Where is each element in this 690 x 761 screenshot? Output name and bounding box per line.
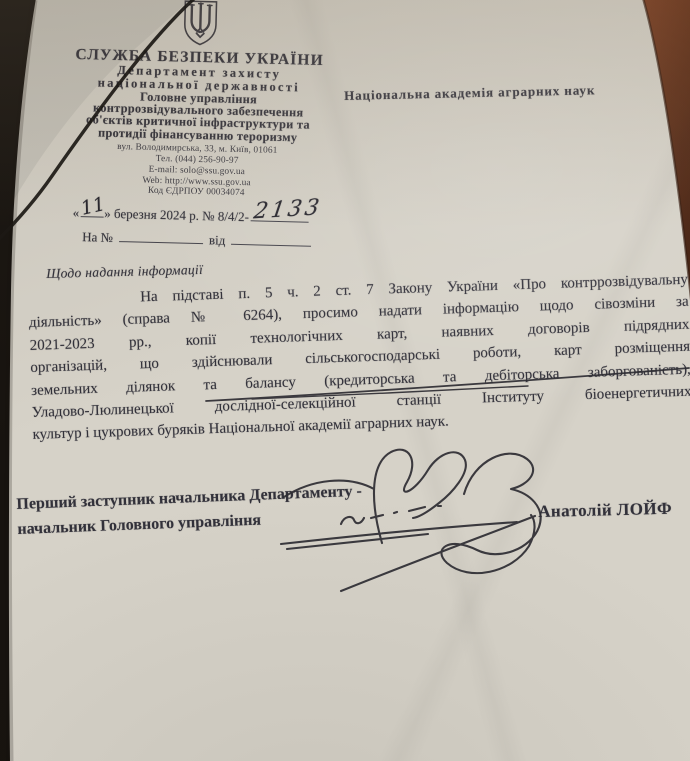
letterhead-block: СЛУЖБА БЕЗПЕКИ УКРАЇНИ Департамент захис…	[50, 0, 346, 252]
handwritten-day: 11	[78, 193, 106, 220]
body-paragraph: На підставі п. 5 ч. 2 ст. 7 Закону Украї…	[28, 272, 690, 450]
na-label: На №	[82, 230, 113, 246]
address-block: вул. Володимирська, 33, м. Київ, 01061 Т…	[51, 140, 342, 202]
recipient-line: Національна академія аграрних наук	[344, 81, 644, 104]
number-blank-slot: 2133	[251, 208, 309, 223]
date-printed-rest: березня 2024 р. № 8/4/2-	[111, 206, 249, 224]
letter-page: СЛУЖБА БЕЗПЕКИ УКРАЇНИ Департамент захис…	[0, 0, 690, 761]
handwritten-number: 2133	[252, 195, 324, 225]
quote-open: «	[73, 205, 80, 220]
signer-name: Анатолій ЛОЙФ	[538, 497, 690, 522]
na-blank	[119, 229, 203, 244]
subject-line: Щодо надання інформації	[46, 262, 203, 282]
date-line: «11» березня 2024 р. № 8/4/2-2133	[51, 203, 341, 228]
emblem-wrap	[55, 0, 346, 51]
vid-label: від	[209, 233, 226, 248]
reference-line: На №від	[50, 228, 340, 252]
day-blank-slot: 11	[80, 203, 103, 218]
vid-blank	[231, 232, 311, 247]
tryzub-shield-emblem-icon	[174, 0, 227, 47]
signer-position: Перший заступник начальника Департаменту…	[16, 475, 473, 542]
document-photo: СЛУЖБА БЕЗПЕКИ УКРАЇНИ Департамент захис…	[0, 0, 690, 761]
